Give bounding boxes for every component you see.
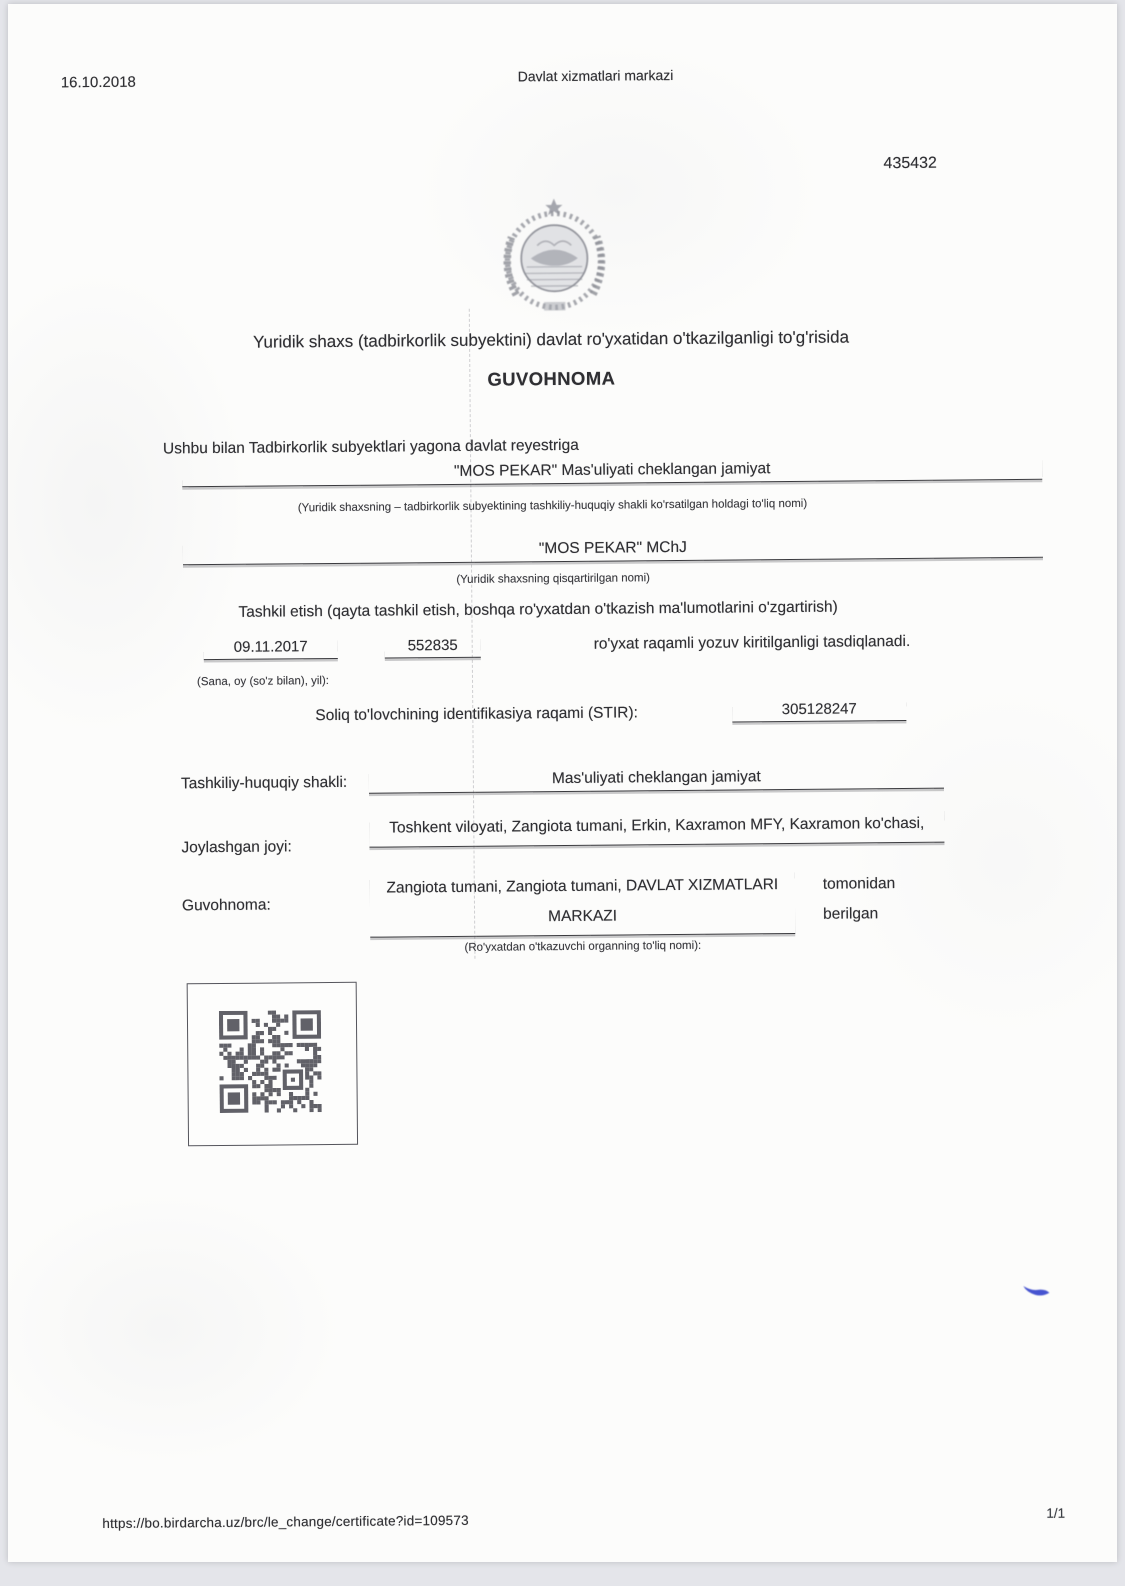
- form-number: 435432: [883, 155, 937, 173]
- short-name-field: "MOS PEKAR" MChJ: [183, 536, 1043, 566]
- org-header: Davlat xizmatlari markazi: [518, 67, 674, 84]
- uzbekistan-state-emblem-icon: [490, 195, 619, 319]
- certificate-content: 16.10.2018 Davlat xizmatlari markazi 435…: [0, 0, 1125, 1586]
- legal-form-field: Mas'uliyati cheklangan jamiyat: [369, 767, 944, 794]
- certificate-issuer-field: Zangiota tumani, Zangiota tumani, DAVLAT…: [370, 870, 796, 938]
- paper-fold-line: [469, 309, 476, 959]
- intro-line: Ushbu bilan Tadbirkorlik subyektlari yag…: [163, 437, 579, 459]
- qr-finder-top-left: [219, 1011, 248, 1040]
- qr-alignment-square: [283, 1069, 304, 1090]
- registration-number-field: 552835: [385, 637, 481, 659]
- issuer-caption: (Ro'yxatdan o'tkazuvchi organning to'liq…: [370, 939, 795, 955]
- scan-date: 16.10.2018: [61, 74, 136, 92]
- blue-ink-mark: [1020, 1280, 1054, 1303]
- full-name-field: "MOS PEKAR" Mas'uliyati cheklangan jamiy…: [182, 458, 1042, 488]
- registration-heading: Tashkil etish (qayta tashkil etish, bosh…: [238, 599, 838, 622]
- qr-code-frame: [187, 982, 358, 1146]
- certificate-label: Guvohnoma:: [182, 897, 271, 916]
- qr-code-icon: [219, 1010, 322, 1113]
- page-number: 1/1: [1046, 1506, 1065, 1521]
- qr-finder-bottom-left: [220, 1084, 249, 1113]
- registration-date-field: 09.11.2017: [204, 638, 338, 660]
- issued-by-text: tomonidan berilgan: [823, 869, 934, 930]
- title-caption: Yuridik shaxs (tadbirkorlik subyektini) …: [0, 325, 1106, 355]
- full-name-caption: (Yuridik shaxsning – tadbirkorlik subyek…: [0, 495, 1108, 517]
- page-title: GUVOHNOMA: [0, 363, 1106, 395]
- stir-value-field: 305128247: [732, 700, 906, 723]
- footer-url: https://bo.birdarcha.uz/brc/le_change/ce…: [102, 1513, 469, 1531]
- location-label: Joylashgan joyi:: [181, 838, 291, 857]
- scanned-certificate-page: 16.10.2018 Davlat xizmatlari markazi 435…: [0, 0, 1125, 1586]
- stir-label: Soliq to'lovchining identifikasiya raqam…: [315, 704, 638, 725]
- qr-finder-top-right: [292, 1010, 321, 1039]
- registration-date-caption: (Sana, oy (so'z bilan), yil):: [197, 675, 329, 688]
- registration-confirmation: ro'yxat raqamli yozuv kiritilganligi tas…: [594, 633, 911, 654]
- legal-form-label: Tashkiliy-huquqiy shakli:: [181, 768, 351, 799]
- location-field: Toshkent viloyati, Zangiota tumani, Erki…: [369, 809, 944, 848]
- short-name-caption: (Yuridik shaxsning qisqartirilgan nomi): [0, 568, 1108, 590]
